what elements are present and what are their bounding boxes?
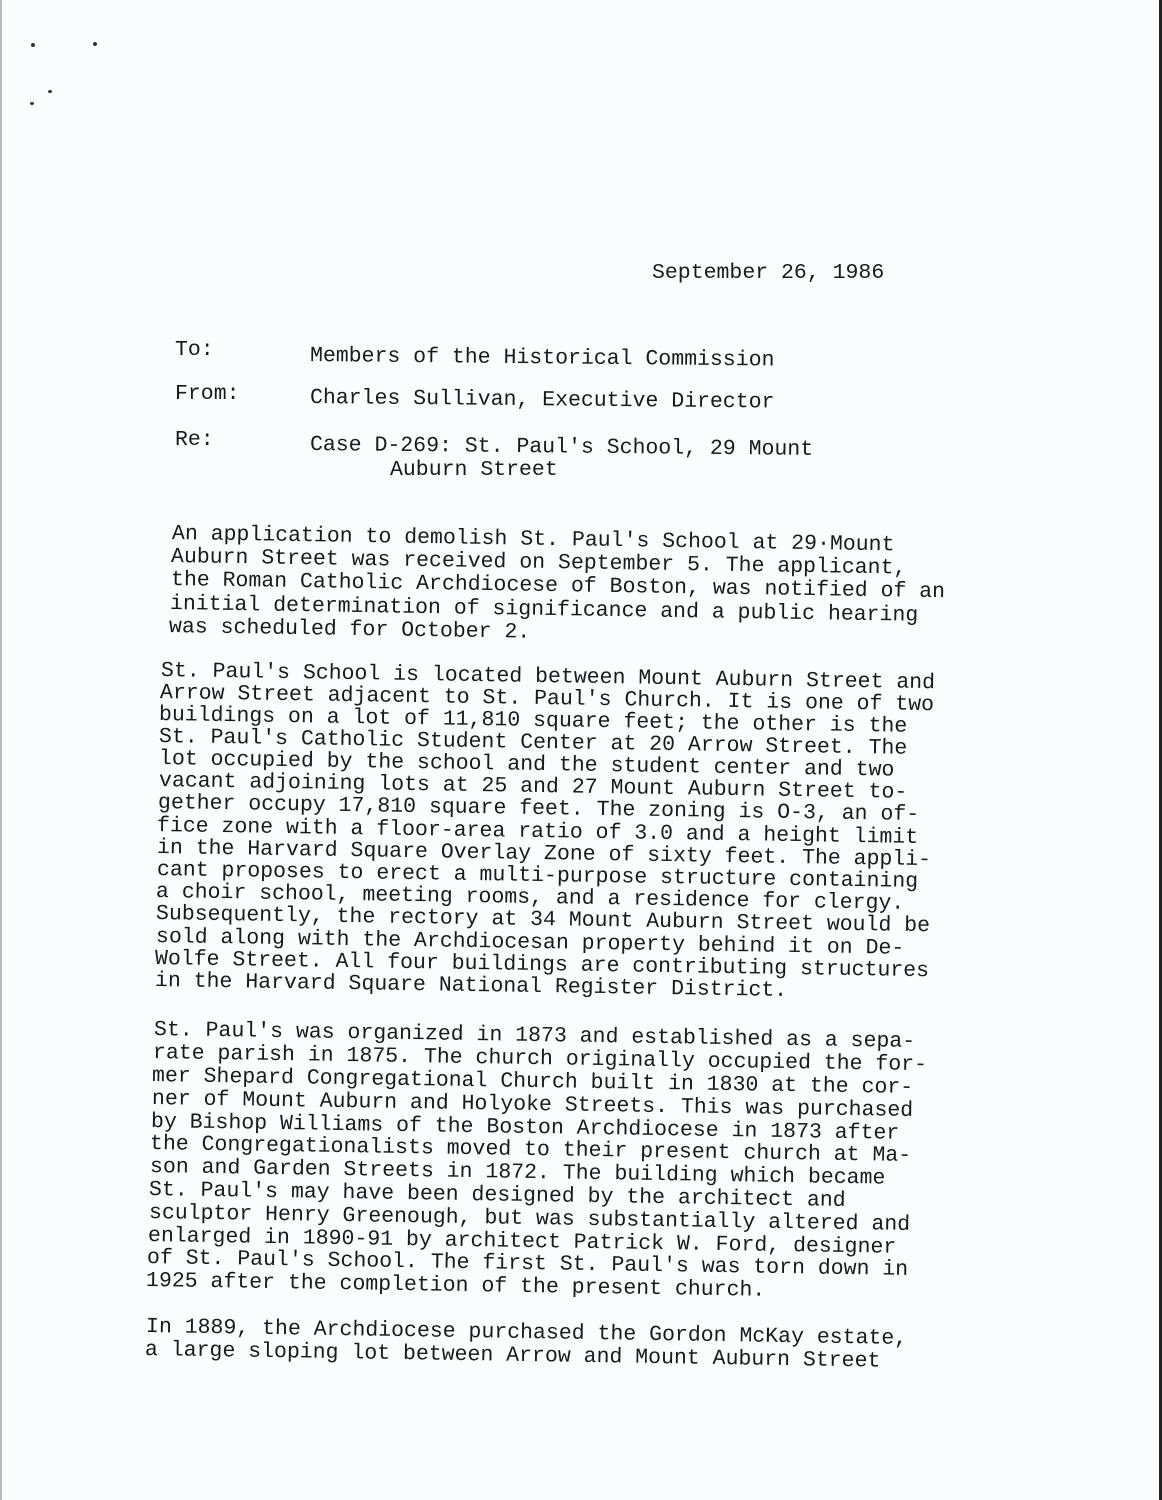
re-value: Case D-269: St. Paul's School, 29 Mount [310,433,813,462]
scan-speck [31,43,35,47]
to-value: Members of the Historical Commission [310,344,775,372]
paragraph-line: was scheduled for October 2. [169,615,531,645]
re-value-continued: Auburn Street [390,458,558,482]
scan-speck [48,90,52,93]
re-label: Re: [175,428,214,452]
memo-date: September 26, 1986 [652,261,884,285]
memo-page: September 26, 1986 To: Members of the Hi… [0,0,1162,1500]
from-value: Charles Sullivan, Executive Director [310,386,775,414]
scan-speck [93,42,97,46]
from-label: From: [175,382,240,406]
scan-speck [30,102,34,105]
scan-edge-left [0,0,2,1500]
to-label: To: [175,338,214,362]
